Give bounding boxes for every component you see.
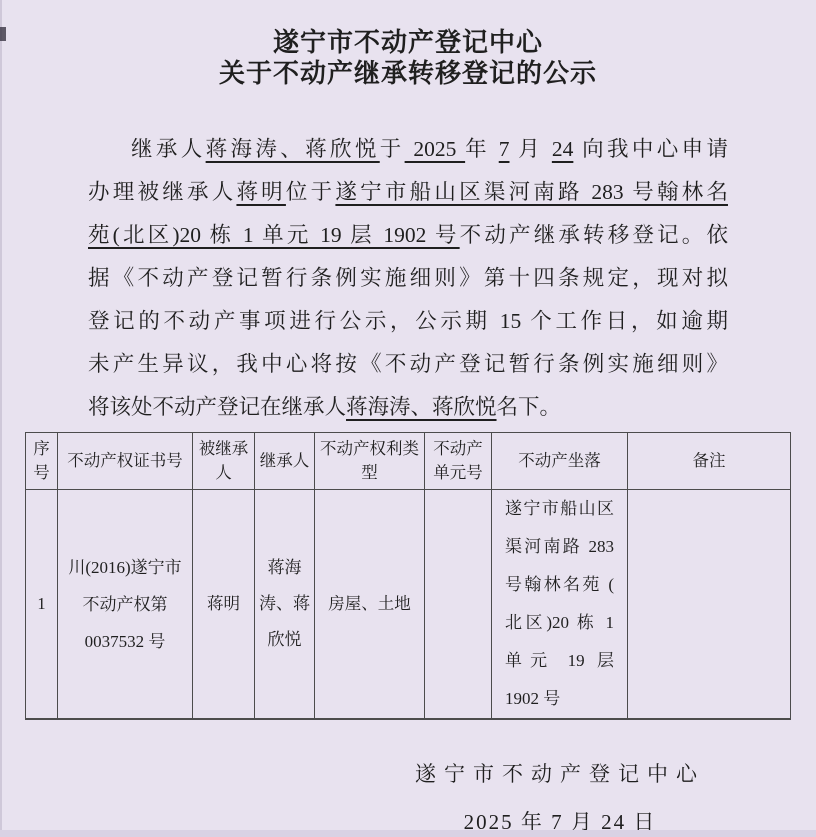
table-row: 1 川(2016)遂宁市不动产权第 0037532 号 蒋明 蒋海涛、蒋欣悦 房… [26,490,791,720]
cell-index: 1 [26,490,58,720]
header-right-type: 不动产权利类型 [315,433,425,490]
scanned-notice-page: 遂宁市不动产登记中心 关于不动产继承转移登记的公示 继承人蒋海涛、蒋欣悦于 20… [0,0,816,837]
header-heirs: 继承人 [255,433,315,490]
header-index: 序号 [26,433,58,490]
header-remarks: 备注 [628,433,791,490]
scan-bottom-edge [0,830,816,837]
notice-paragraph-line: 办理被继承人蒋明位于遂宁市船山区渠河南路 283 号翰林名 [88,171,728,214]
signature-org: 遂宁市不动产登记中心 [390,763,730,785]
header-decedent: 被继承人 [193,433,255,490]
text-segment: 月 [509,137,551,161]
notice-paragraph-line: 苑(北区)20 栋 1 单元 19 层 1902 号不动产继承转移登记。依 [88,214,728,257]
text-segment: 据《不动产登记暂行条例实施细则》第十四条规定，现对拟 [88,266,728,290]
notice-paragraph-line: 未产生异议，我中心将按《不动产登记暂行条例实施细则》 [88,343,728,386]
header-unit-no: 不动产单元号 [425,433,492,490]
text-segment: 将该处不动产登记在继承人 [88,395,346,419]
text-segment: 登记的不动产事项进行公示，公示期 15 个工作日，如逾期 [88,309,728,333]
cell-right-type: 房屋、土地 [315,490,425,720]
header-location: 不动产坐落 [492,433,628,490]
underlined-text: 蒋海涛、蒋欣悦 [206,137,380,161]
cell-location: 遂宁市船山区渠河南路 283 号翰林名苑 ( 北区)20 栋 1 单元 19 层… [492,490,628,720]
scan-left-edge [0,0,2,837]
notice-paragraph-line: 继承人蒋海涛、蒋欣悦于 2025 年 7 月 24 向我中心申请 [88,128,728,171]
cell-certificate-no: 川(2016)遂宁市不动产权第 0037532 号 [58,490,193,720]
text-segment: 继承人 [131,137,206,161]
header-certificate-no: 不动产权证书号 [58,433,193,490]
text-segment: 不动产继承转移登记。依 [460,223,728,247]
text-segment: 位于 [286,180,335,204]
underlined-text: 蒋海涛、蒋欣悦 [346,395,497,419]
signature-block: 遂宁市不动产登记中心 2025 年 7 月 24 日 [390,763,730,833]
text-segment: 办理被继承人 [88,180,236,204]
underlined-text: 蒋明 [236,180,285,204]
text-segment: 于 [380,137,405,161]
registration-table: 序号 不动产权证书号 被继承人 继承人 不动产权利类型 不动产单元号 不动产坐落… [25,432,791,720]
cell-heirs: 蒋海涛、蒋欣悦 [255,490,315,720]
underlined-text: 苑(北区)20 栋 1 单元 19 层 1902 号 [88,223,460,247]
notice-title: 遂宁市不动产登记中心 关于不动产继承转移登记的公示 [0,0,816,89]
text-segment: 年 [465,137,499,161]
notice-title-line2: 关于不动产继承转移登记的公示 [0,58,816,89]
underlined-text: 24 [552,137,574,161]
scan-artifact [0,27,6,41]
cell-decedent: 蒋明 [193,490,255,720]
notice-body: 继承人蒋海涛、蒋欣悦于 2025 年 7 月 24 向我中心申请 办理被继承人蒋… [88,128,728,429]
underlined-text: 遂宁市船山区渠河南路 283 号翰林名 [335,180,728,204]
cell-unit-no [425,490,492,720]
text-segment: 向我中心申请 [573,137,728,161]
cell-remarks [628,490,791,720]
notice-paragraph-line: 登记的不动产事项进行公示，公示期 15 个工作日，如逾期 [88,300,728,343]
notice-paragraph-line: 将该处不动产登记在继承人蒋海涛、蒋欣悦名下。 [88,386,728,429]
text-segment: 未产生异议，我中心将按《不动产登记暂行条例实施细则》 [88,352,728,376]
text-segment: 名下。 [497,395,562,419]
notice-title-line1: 遂宁市不动产登记中心 [0,27,816,58]
table-header-row: 序号 不动产权证书号 被继承人 继承人 不动产权利类型 不动产单元号 不动产坐落… [26,433,791,490]
underlined-text: 7 [499,137,510,161]
underlined-text: 2025 [405,137,466,161]
notice-paragraph-line: 据《不动产登记暂行条例实施细则》第十四条规定，现对拟 [88,257,728,300]
